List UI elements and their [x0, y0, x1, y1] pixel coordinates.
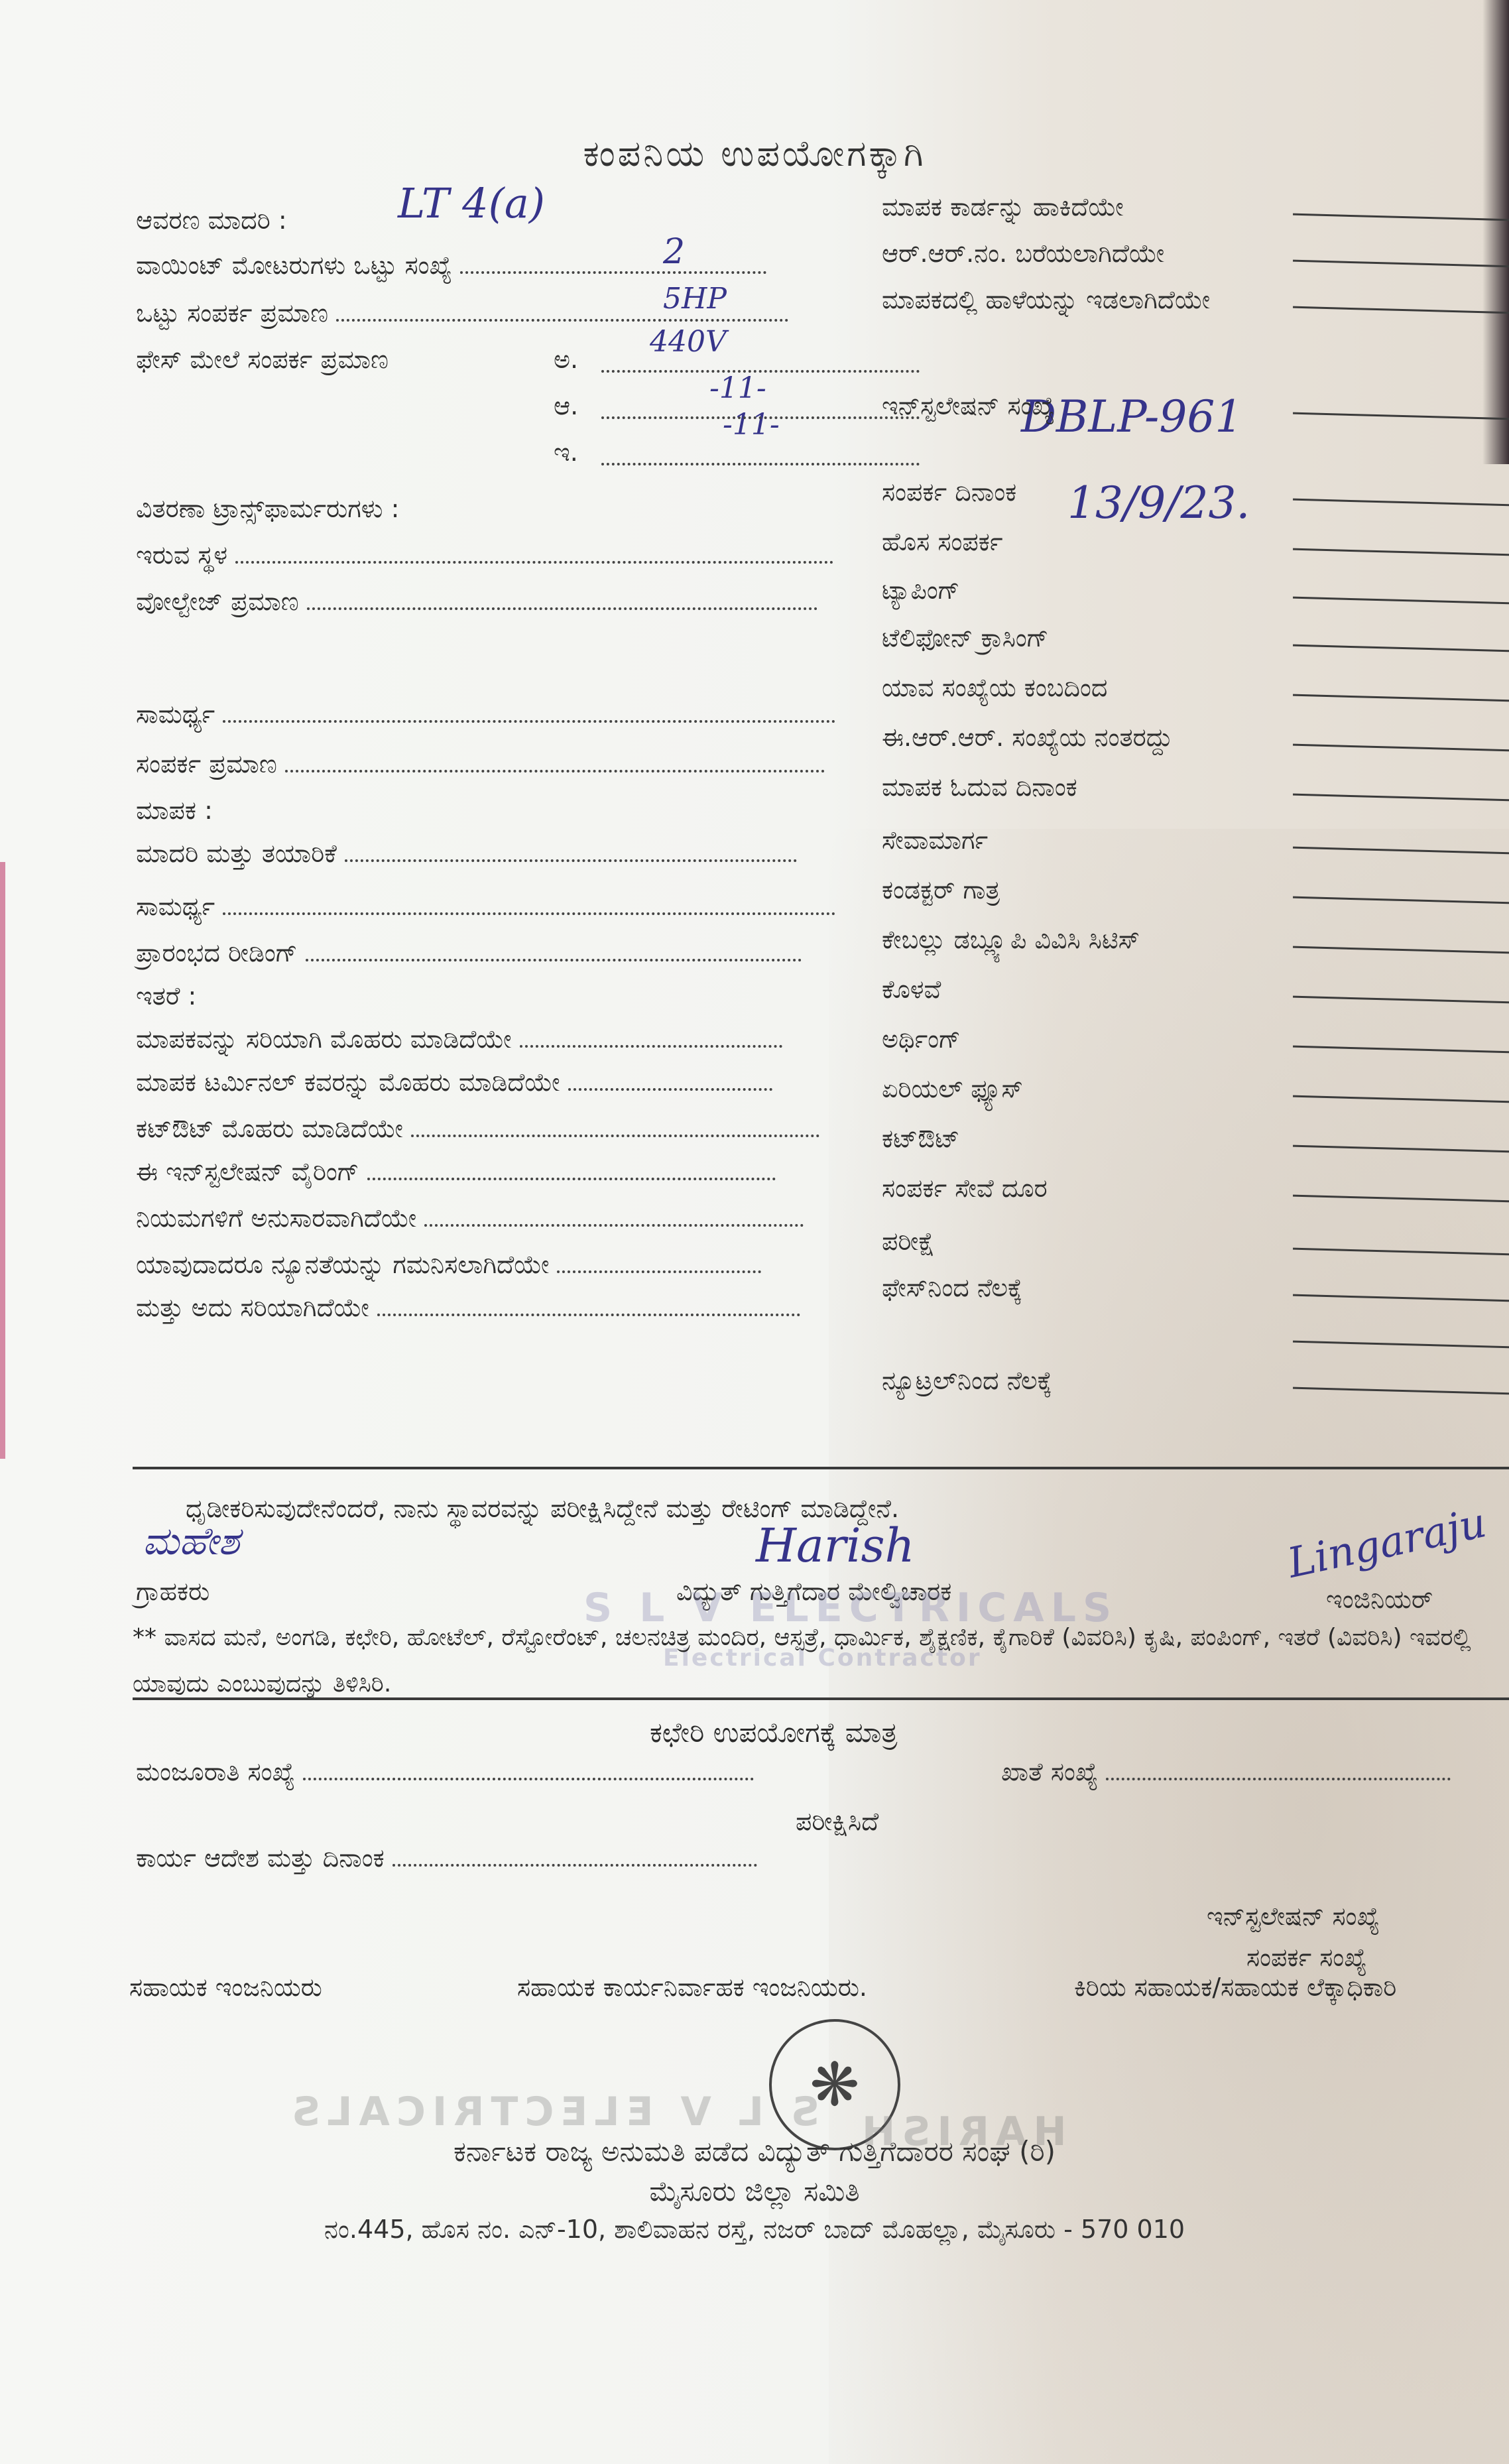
field-label: ಸಂಪರ್ಕ ಸೇವೆ ದೂರ: [882, 1174, 1048, 1203]
left-field: ವಾಯಿಂಟ್ ಮೋಟರುಗಳು ಒಟ್ಟು ಸಂಖ್ಯೆ: [136, 251, 766, 280]
field-label: ಕಂಡಕ್ಟರ್ ಗಾತ್ರ: [882, 875, 1000, 905]
field-label: ಆರ್.ಆರ್.ನಂ. ಬರೆಯಲಾಗಿದೆಯೇ: [882, 239, 1164, 269]
field-label: ಸಂಪರ್ಕ ಪ್ರಮಾಣ: [136, 749, 277, 779]
right-field: ಟ್ಯಾಪಿಂಗ್: [882, 576, 960, 605]
footer-line1: ಕರ್ನಾಟಕ ರಾಜ್ಯ ಅನುಮತಿ ಪಡೆದ ವಿದ್ಯುತ್ ಗುತ್ತ…: [0, 2135, 1509, 2168]
right-field: ಸಂಪರ್ಕ ಸೇವೆ ದೂರ: [882, 1174, 1048, 1203]
handwritten-type: LT 4(a): [398, 179, 545, 227]
field-input-line[interactable]: [223, 912, 835, 915]
field-input-line[interactable]: [601, 463, 920, 465]
left-field: ಮಾದರಿ ಮತ್ತು ತಯಾರಿಕೆ: [136, 839, 797, 869]
left-field: ಯಾವುದಾದರೂ ನ್ಯೂನತೆಯನ್ನು ಗಮನಿಸಲಾಗಿದೆಯೇ: [136, 1250, 761, 1280]
left-field: ವೋಲ್ಟೇಜ್ ಪ್ರಮಾಣ: [136, 587, 817, 617]
field-label: ಟೆಲಿಫೋನ್ ಕ್ರಾಸಿಂಗ್: [882, 623, 1049, 653]
field-label: ಅರ್ಥಿಂಗ್: [882, 1024, 961, 1054]
account-field: ಖಾತೆ ಸಂಖ್ಯೆ: [1001, 1757, 1451, 1787]
handwritten-phase-c: -11-: [723, 408, 780, 442]
left-field: ಇರುವ ಸ್ಥಳ: [136, 540, 833, 570]
field-label: ಈ.ಆರ್.ಆರ್. ಸಂಖ್ಯೆಯ ನಂತರದ್ದು: [882, 723, 1173, 753]
field-label: ಹೊಸ ಸಂಪರ್ಕ: [882, 527, 1003, 557]
left-field: ಪ್ರಾರಂಭದ ರೀಡಿಂಗ್: [136, 938, 802, 968]
field-label: ಸಾಮರ್ಥ್ಯ: [136, 892, 215, 922]
left-field: ಸಾಮರ್ಥ್ಯ: [136, 892, 835, 922]
field-input-line[interactable]: [1293, 645, 1509, 652]
field-label: ಟ್ಯಾಪಿಂಗ್: [882, 576, 960, 605]
left-field: ವಿತರಣಾ ಟ್ರಾನ್ಸ್‌ಫಾರ್ಮರುಗಳು :: [136, 494, 399, 524]
field-label: ಕೊಳವೆ: [882, 975, 941, 1005]
left-field: ಇತರೆ :: [136, 981, 196, 1011]
contractor-signature: Harish: [756, 1518, 915, 1573]
right-field: ಹೊಸ ಸಂಪರ್ಕ: [882, 527, 1003, 557]
handwritten-phase-b: -11-: [709, 371, 766, 405]
right-field: ಮಾಪಕ ಓದುವ ದಿನಾಂಕ: [882, 772, 1077, 802]
footer-address: ನಂ.445, ಹೊಸ ನಂ. ಎನ್-10, ಶಾಲಿವಾಹನ ರಸ್ತೆ, …: [0, 2215, 1509, 2245]
field-input-line[interactable]: [411, 1135, 819, 1137]
field-label: ಮಾಪಕದಲ್ಲಿ ಹಾಳೆಯನ್ನು ಇಡಲಾಗಿದೆಯೇ: [882, 285, 1210, 315]
right-field: ಕೇಬಲ್ಲು ಡಬ್ಲ್ಯೂಪಿ ವಿವಿಸಿ ಸಿಟಿಸ್: [882, 925, 1140, 955]
right-field: ಏರಿಯಲ್ ಫ್ಯೂಸ್: [882, 1074, 1023, 1104]
right-field: ಫೇಸ್‌ನಿಂದ ನೆಲಕ್ಕೆ: [882, 1273, 1022, 1303]
right-field: ಕೊಳವೆ: [882, 975, 941, 1005]
work-order-field: ಕಾರ್ಯ ಆದೇಶ ಮತ್ತು ದಿನಾಂಕ: [136, 1843, 757, 1873]
right-field: ಅರ್ಥಿಂಗ್: [882, 1024, 961, 1054]
field-label: ಯಾವ ಸಂಖ್ಯೆಯ ಕಂಬದಿಂದ: [882, 673, 1107, 703]
page-edge: [1482, 0, 1509, 464]
field-input-line[interactable]: [336, 319, 788, 322]
right-field: ಕಟ್‌ಔಟ್: [882, 1124, 959, 1154]
form-page: ಕಂಪನಿಯ ಉಪಯೋಗಕ್ಕಾಗಿ LT 4(a) 2 5HP 440V -1…: [0, 0, 1509, 2464]
field-label: ಸೇವಾಮಾರ್ಗ: [882, 826, 988, 855]
page-edge-pink: [0, 862, 5, 1459]
field-input-line[interactable]: [601, 416, 920, 419]
field-label: ಮಾಪಕ ಓದುವ ದಿನಾಂಕ: [882, 772, 1077, 802]
left-field: ಸಾಮರ್ಥ್ಯ: [136, 700, 835, 729]
accounts-label: ಕಿರಿಯ ಸಹಾಯಕ/ಸಹಾಯಕ ಲೆಕ್ಕಾಧಿಕಾರಿ: [1074, 1973, 1396, 2002]
field-input-line[interactable]: [1293, 794, 1509, 802]
field-sub-label: ಇ.: [554, 438, 578, 467]
field-label: ಮಾಪಕ ಕಾರ್ಡನ್ನು ಹಾಕಿದೆಯೇ: [882, 192, 1124, 222]
right-field: ಆರ್.ಆರ್.ನಂ. ಬರೆಯಲಾಗಿದೆಯೇ: [882, 239, 1164, 269]
divider: [133, 1697, 1509, 1700]
handwritten-connection-date: 13/9/23.: [1067, 477, 1250, 528]
left-field: ಸಂಪರ್ಕ ಪ್ರಮಾಣ: [136, 749, 825, 779]
right-field: ಪರೀಕ್ಷೆ: [882, 1227, 935, 1257]
field-label: ಏರಿಯಲ್ ಫ್ಯೂಸ್: [882, 1074, 1023, 1104]
field-sub-label: ಅ.: [554, 345, 578, 375]
right-field: ಸಂಪರ್ಕ ದಿನಾಂಕ: [882, 477, 1016, 507]
field-input-line[interactable]: [520, 1045, 782, 1048]
divider: [133, 1467, 1509, 1469]
mirror-stamp: S L V ELECTRICALS: [285, 2089, 819, 2135]
field-input-line[interactable]: [285, 770, 825, 772]
field-input-line[interactable]: [1293, 597, 1509, 605]
left-field: ಮಾಪಕ :: [136, 796, 213, 826]
field-input-line[interactable]: [1293, 260, 1509, 268]
field-input-line[interactable]: [424, 1224, 804, 1227]
field-input-line[interactable]: [1293, 499, 1509, 507]
field-label: ಮಾಪಕವನ್ನು ಸರಿಯಾಗಿ ಮೊಹರು ಮಾಡಿದೆಯೇ: [136, 1024, 512, 1054]
aee-label: ಸಹಾಯಕ ಕಾರ್ಯನಿರ್ವಾಹಕ ಇಂಜನಿಯರು.: [517, 1973, 867, 2002]
right-field: ಇನ್‌ಸ್ಟಲೇಷನ್ ಸಂಖ್ಯೆ: [882, 391, 1055, 421]
left-field: ಆವರಣ ಮಾದರಿ :: [136, 206, 287, 235]
right-field: ಈ.ಆರ್.ಆರ್. ಸಂಖ್ಯೆಯ ನಂತರದ್ದು: [882, 723, 1173, 753]
office-heading: ಕಛೇರಿ ಉಪಯೋಗಕ್ಕೆ ಮಾತ್ರ: [650, 1716, 898, 1749]
field-input-line[interactable]: [460, 271, 766, 274]
installation-no-label: ಇನ್‌ಸ್ಟಲೇಷನ್ ಸಂಖ್ಯೆ: [1207, 1902, 1380, 1932]
field-label: ಯಾವುದಾದರೂ ನ್ಯೂನತೆಯನ್ನು ಗಮನಿಸಲಾಗಿದೆಯೇ: [136, 1250, 549, 1280]
customer-label: ಗ್ರಾಹಕರು: [136, 1577, 210, 1607]
field-label: ಫೇಸ್ ಮೇಲೆ ಸಂಪರ್ಕ ಪ್ರಮಾಣ: [136, 345, 389, 375]
field-label: ಮಾಪಕ ಟರ್ಮಿನಲ್ ಕವರನ್ನು ಮೊಹರು ಮಾಡಿದೆಯೇ: [136, 1068, 560, 1097]
footnote: ** ವಾಸದ ಮನೆ, ಅಂಗಡಿ, ಕಛೇರಿ, ಹೋಟೆಲ್, ರೆಸ್ಟ…: [133, 1615, 1492, 1707]
field-input-line[interactable]: [307, 607, 817, 610]
field-label: ಒಟ್ಟು ಸಂಪರ್ಕ ಪ್ರಮಾಣ: [136, 298, 328, 328]
field-input-line[interactable]: [306, 959, 802, 961]
right-field: ಕಂಡಕ್ಟರ್ ಗಾತ್ರ: [882, 875, 1000, 905]
left-field: ನಿಯಮಗಳಿಗೆ ಅನುಸಾರವಾಗಿದೆಯೇ: [136, 1203, 804, 1233]
ae-label: ಸಹಾಯಕ ಇಂಜನಿಯರು: [129, 1973, 322, 2002]
right-field: ಟೆಲಿಫೋನ್ ಕ್ರಾಸಿಂಗ್: [882, 623, 1049, 653]
field-label: ಮಾದರಿ ಮತ್ತು ತಯಾರಿಕೆ: [136, 839, 337, 869]
field-label: ನಿಯಮಗಳಿಗೆ ಅನುಸಾರವಾಗಿದೆಯೇ: [136, 1203, 416, 1233]
field-label: ಪರೀಕ್ಷೆ: [882, 1227, 935, 1257]
field-label: ವೋಲ್ಟೇಜ್ ಪ್ರಮಾಣ: [136, 587, 299, 617]
left-field: ಕಟ್‌ಔಟ್ ಮೊಹರು ಮಾಡಿದೆಯೇ: [136, 1114, 819, 1144]
field-input-line[interactable]: [568, 1088, 772, 1091]
field-input-line[interactable]: [1293, 694, 1509, 702]
field-input-line[interactable]: [367, 1178, 776, 1180]
right-field: ನ್ಯೂಟ್ರಲ್‌ನಿಂದ ನೆಲಕ್ಕೆ: [882, 1366, 1052, 1396]
field-label: ಈ ಇನ್‌ಸ್ಟಲೇಷನ್ ವೈರಿಂಗ್: [136, 1157, 359, 1187]
field-input-line[interactable]: [345, 859, 797, 862]
sanction-field: ಮಂಜೂರಾತಿ ಸಂಖ್ಯೆ: [136, 1757, 754, 1787]
field-input-line[interactable]: [601, 370, 920, 373]
left-field: ಫೇಸ್ ಮೇಲೆ ಸಂಪರ್ಕ ಪ್ರಮಾಣಅ.: [136, 345, 389, 375]
field-input-line[interactable]: [557, 1270, 761, 1273]
right-field: ಸೇವಾಮಾರ್ಗ: [882, 826, 988, 855]
left-field: ಈ ಇನ್‌ಸ್ಟಲೇಷನ್ ವೈರಿಂಗ್: [136, 1157, 776, 1187]
field-label: ನ್ಯೂಟ್ರಲ್‌ನಿಂದ ನೆಲಕ್ಕೆ: [882, 1366, 1052, 1396]
checked-label: ಪರೀಕ್ಷಿಸಿದೆ: [796, 1807, 878, 1837]
right-field: ಮಾಪಕದಲ್ಲಿ ಹಾಳೆಯನ್ನು ಇಡಲಾಗಿದೆಯೇ: [882, 285, 1210, 315]
field-label: ವಾಯಿಂಟ್ ಮೋಟರುಗಳು ಒಟ್ಟು ಸಂಖ್ಯೆ: [136, 251, 452, 280]
field-label: ಮಾಪಕ :: [136, 796, 213, 826]
right-field: ಮಾಪಕ ಕಾರ್ಡನ್ನು ಹಾಕಿದೆಯೇ: [882, 192, 1124, 222]
field-label: ಕಟ್‌ಔಟ್: [882, 1124, 959, 1154]
field-input-line[interactable]: [1293, 214, 1509, 221]
handwritten-phase-a: 440V: [650, 325, 727, 359]
right-field: ಯಾವ ಸಂಖ್ಯೆಯ ಕಂಬದಿಂದ: [882, 673, 1107, 703]
left-field: ಒಟ್ಟು ಸಂಪರ್ಕ ಪ್ರಮಾಣ: [136, 298, 788, 328]
field-label: ಸಂಪರ್ಕ ದಿನಾಂಕ: [882, 477, 1016, 507]
field-label: ಇನ್‌ಸ್ಟಲೇಷನ್ ಸಂಖ್ಯೆ: [882, 391, 1055, 421]
field-label: ಇತರೆ :: [136, 981, 196, 1011]
left-field: ಮಾಪಕವನ್ನು ಸರಿಯಾಗಿ ಮೊಹರು ಮಾಡಿದೆಯೇ: [136, 1024, 782, 1054]
field-input-line[interactable]: [235, 561, 833, 564]
field-input-line[interactable]: [223, 720, 835, 723]
field-label: ಕೇಬಲ್ಲು ಡಬ್ಲ್ಯೂಪಿ ವಿವಿಸಿ ಸಿಟಿಸ್: [882, 925, 1140, 955]
engineer-label: ಇಂಜಿನಿಯರ್: [1326, 1585, 1433, 1615]
field-label: ಫೇಸ್‌ನಿಂದ ನೆಲಕ್ಕೆ: [882, 1273, 1022, 1303]
field-label: ವಿತರಣಾ ಟ್ರಾನ್ಸ್‌ಫಾರ್ಮರುಗಳು :: [136, 494, 399, 524]
footer-line2: ಮೈಸೂರು ಜಿಲ್ಲಾ ಸಮಿತಿ: [0, 2175, 1509, 2208]
connection-no-label: ಸಂಪರ್ಕ ಸಂಖ್ಯೆ: [1246, 1943, 1367, 1973]
field-label: ಸಾಮರ್ಥ್ಯ: [136, 700, 215, 729]
field-label: ಆವರಣ ಮಾದರಿ :: [136, 206, 287, 235]
field-label: ಕಟ್‌ಔಟ್ ಮೊಹರು ಮಾಡಿದೆಯೇ: [136, 1114, 403, 1144]
field-sub-label: ಆ.: [554, 391, 578, 421]
left-field: ಮತ್ತು ಅದು ಸರಿಯಾಗಿದೆಯೇ: [136, 1293, 800, 1323]
field-input-line[interactable]: [1293, 548, 1509, 556]
field-input-line[interactable]: [1293, 306, 1509, 314]
customer-signature: ಮಹೇಶ: [143, 1518, 239, 1564]
form-title: ಕಂಪನಿಯ ಉಪಯೋಗಕ್ಕಾಗಿ: [0, 133, 1509, 175]
left-field: ಮಾಪಕ ಟರ್ಮಿನಲ್ ಕವರನ್ನು ಮೊಹರು ಮಾಡಿದೆಯೇ: [136, 1068, 772, 1097]
field-label: ಪ್ರಾರಂಭದ ರೀಡಿಂಗ್: [136, 938, 298, 968]
field-input-line[interactable]: [377, 1314, 800, 1316]
field-input-line[interactable]: [1293, 412, 1509, 420]
field-input-line[interactable]: [1293, 744, 1509, 752]
field-label: ಇರುವ ಸ್ಥಳ: [136, 540, 227, 570]
field-label: ಮತ್ತು ಅದು ಸರಿಯಾಗಿದೆಯೇ: [136, 1293, 369, 1323]
